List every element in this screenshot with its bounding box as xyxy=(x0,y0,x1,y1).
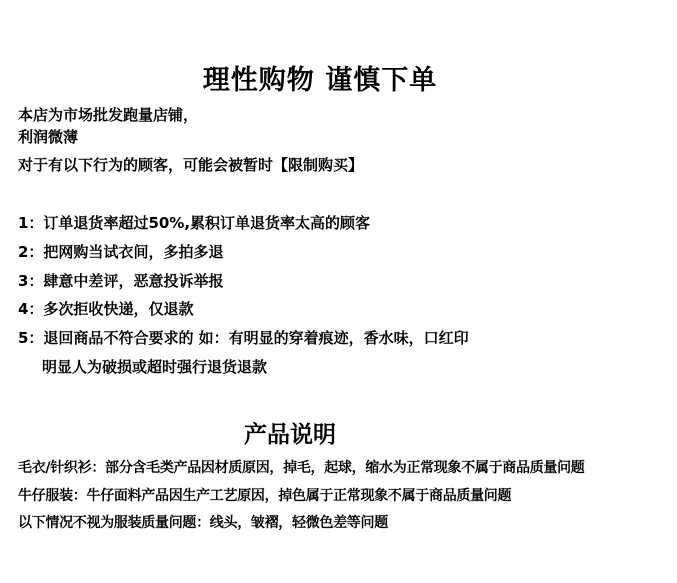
intro-line-1: 本店为市场批发跑量店铺， xyxy=(18,104,198,125)
product-line-exclusions: 以下情况不视为服装质量问题：线头，皱褶，轻微色差等问题 xyxy=(18,512,388,532)
rule-item-5: 5：退回商品不符合要求的 如：有明显的穿着痕迹，香水味，口红印 xyxy=(18,327,469,348)
rule-item-1: 1：订单退货率超过50%,累积订单退货率太高的顾客 xyxy=(18,212,370,233)
product-line-sweater: 毛衣/针织衫：部分含毛类产品因材质原因，掉毛，起球，缩水为正常现象不属于商品质量… xyxy=(18,457,585,477)
intro-line-3: 对于有以下行为的顾客，可能会被暂时【限制购买】 xyxy=(18,154,363,175)
rule-item-3: 3：肆意中差评，恶意投诉举报 xyxy=(18,270,223,291)
rule-item-2: 2：把网购当试衣间，多拍多退 xyxy=(18,241,223,262)
notice-title: 理性购物 谨慎下单 xyxy=(0,58,640,97)
intro-line-2: 利润微薄 xyxy=(18,126,78,147)
rule-item-4: 4：多次拒收快递，仅退款 xyxy=(18,298,193,319)
product-title: 产品说明 xyxy=(0,416,580,449)
rule-item-5-continued: 明显人为破损或超时强行退货退款 xyxy=(42,356,267,377)
product-line-denim: 牛仔服装：牛仔面料产品因生产工艺原因，掉色属于正常现象不属于商品质量问题 xyxy=(18,485,511,505)
